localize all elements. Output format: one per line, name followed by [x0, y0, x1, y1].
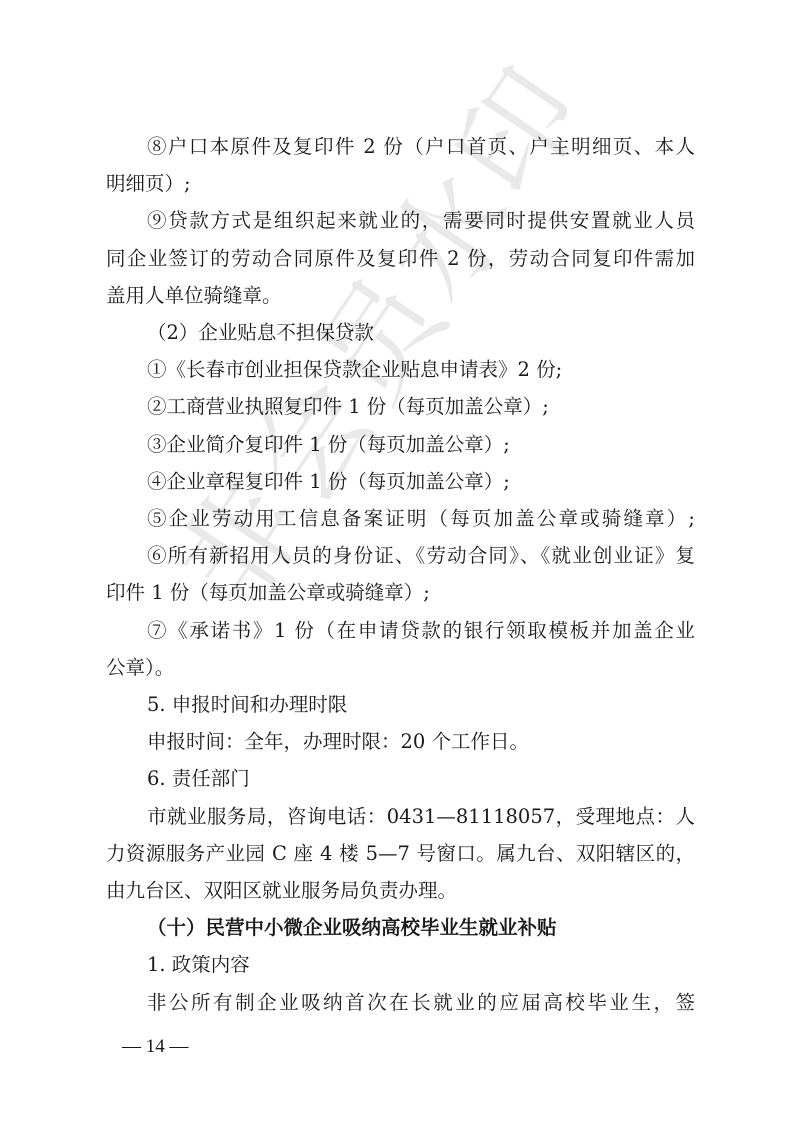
text-line: ②工商营业执照复印件 1 份（每页加盖公章）; — [147, 392, 695, 422]
text-line: ①《长春市创业担保贷款企业贴息申请表》2 份; — [147, 355, 695, 385]
text-line: 盖用人单位骑缝章。 — [106, 281, 695, 311]
text-line: 1. 政策内容 — [147, 950, 695, 980]
text-line: 市就业服务局，咨询电话：0431—81118057，受理地点：人 — [147, 802, 695, 832]
text-line: 力资源服务产业园 C 座 4 楼 5—7 号窗口。属九台、双阳辖区的， — [106, 839, 695, 869]
text-line: 公章）。 — [106, 653, 695, 683]
text-line: ③企业简介复印件 1 份（每页加盖公章）; — [147, 430, 695, 460]
text-line: （2）企业贴息不担保贷款 — [147, 318, 695, 348]
text-line: ⑤企业劳动用工信息备案证明（每页加盖公章或骑缝章）; — [147, 504, 695, 534]
page-number: — 14 — — [122, 1032, 189, 1062]
text-line: ④企业章程复印件 1 份（每页加盖公章）; — [147, 467, 695, 497]
text-line: ⑨贷款方式是组织起来就业的，需要同时提供安置就业人员 — [147, 206, 695, 236]
text-line: 申报时间：全年，办理时限：20 个工作日。 — [147, 727, 695, 757]
text-line: ⑦《承诺书》1 份（在申请贷款的银行领取模板并加盖企业 — [147, 616, 695, 646]
text-line: 6. 责任部门 — [147, 764, 695, 794]
text-line: ⑥所有新招用人员的身份证、《劳动合同》、《就业创业证》复 — [147, 541, 695, 571]
text-line: 5. 申报时间和办理时限 — [147, 690, 695, 720]
text-line: 由九台区、双阳区就业服务局负责办理。 — [106, 876, 695, 906]
text-line: 明细页）; — [106, 169, 695, 199]
text-line: 印件 1 份（每页加盖公章或骑缝章）; — [106, 578, 695, 608]
section-heading: （十）民营中小微企业吸纳高校毕业生就业补贴 — [147, 913, 695, 943]
text-line: 同企业签订的劳动合同原件及复印件 2 份，劳动合同复印件需加 — [106, 244, 695, 274]
document-page: ⑧户口本原件及复印件 2 份（户口首页、户主明细页、本人明细页）;⑨贷款方式是组… — [0, 0, 793, 1122]
text-line: ⑧户口本原件及复印件 2 份（户口首页、户主明细页、本人 — [147, 132, 695, 162]
text-line: 非公所有制企业吸纳首次在长就业的应届高校毕业生，签 — [147, 988, 695, 1018]
